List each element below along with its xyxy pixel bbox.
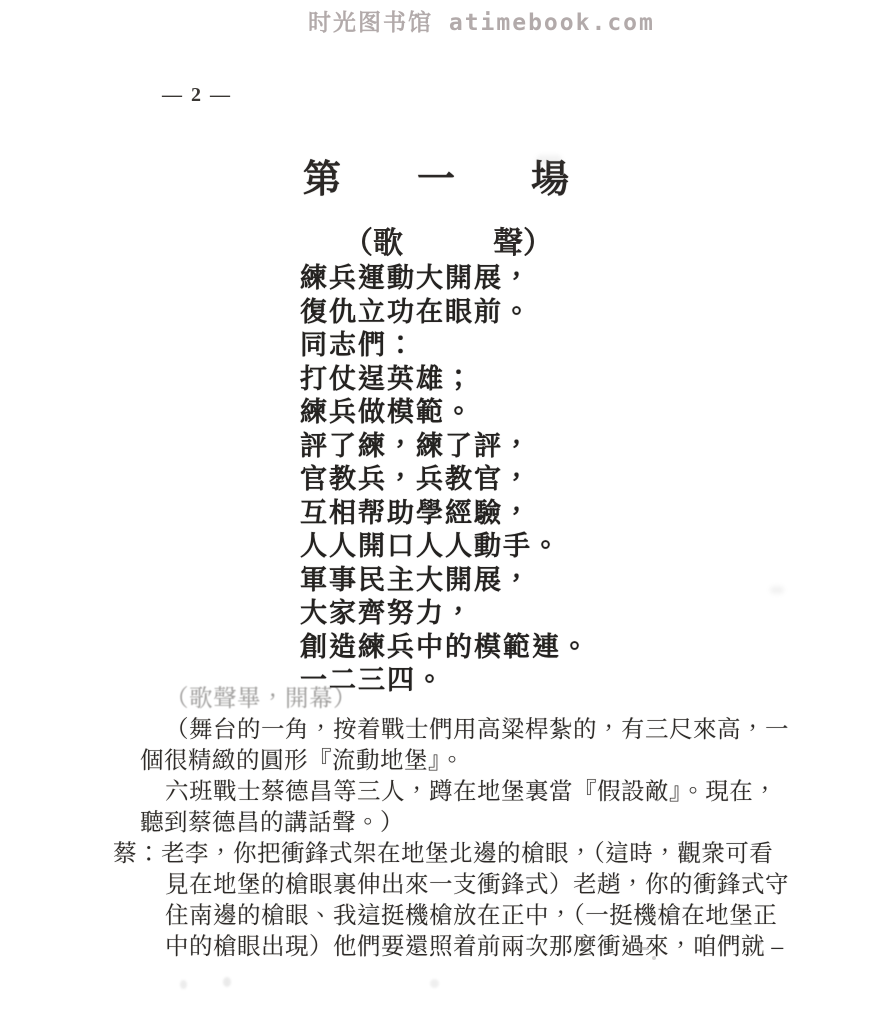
- stage-direction-line: （歌聲畢，開幕）: [0, 684, 870, 715]
- dialog-line: 蔡：老李，你把衝鋒式架在地堡北邊的槍眼，（這時，觀衆可看: [0, 839, 870, 870]
- scan-speck: [757, 940, 762, 945]
- scan-speck: [430, 979, 439, 988]
- dialog-speaker: 蔡：: [113, 841, 161, 867]
- song-line: 練兵做模範。: [300, 396, 590, 430]
- song-line: 評了練，練了評，: [300, 430, 590, 464]
- song-line: 創造練兵中的模範連。: [300, 631, 590, 665]
- dialog-line: 見在地堡的槍眼裏伸出來一支衝鋒式）老趙，你的衝鋒式守: [0, 870, 870, 901]
- scan-speck: [223, 977, 231, 987]
- page-number: — 2 —: [162, 84, 232, 107]
- song-line: 互相帮助學經驗，: [300, 497, 590, 531]
- song-heading: （歌 聲）: [343, 218, 553, 262]
- scan-speck: [636, 947, 649, 950]
- dialog-block: 蔡：老李，你把衝鋒式架在地堡北邊的槍眼，（這時，觀衆可看見在地堡的槍眼裏伸出來一…: [0, 839, 870, 963]
- stage-direction-line: （舞台的一角，按着戰士們用高粱桿紮的，有三尺來高，一: [0, 715, 870, 746]
- scan-speck: [536, 155, 562, 165]
- dialog-line: 住南邊的槍眼、我這挺機槍放在正中，（一挺機槍在地堡正: [0, 901, 870, 932]
- song-block: 練兵運動大開展，復仇立功在眼前。同志們：打仗逞英雄；練兵做模範。評了練，練了評，…: [300, 262, 590, 698]
- stage-direction-line: 聽到蔡德昌的講話聲。）: [0, 808, 870, 839]
- song-line: 軍事民主大開展，: [300, 564, 590, 598]
- dialog-line: 中的槍眼出現）他們要還照着前兩次那麼衝過來，咱們就 –: [0, 932, 870, 963]
- watermark-text: 时光图书馆 atimebook.com: [308, 4, 655, 37]
- stage-directions: （歌聲畢，開幕）（舞台的一角，按着戰士們用高粱桿紮的，有三尺來高，一個很精緻的圓…: [0, 684, 870, 839]
- song-line: 打仗逞英雄；: [300, 363, 590, 397]
- song-line: 練兵運動大開展，: [300, 262, 590, 296]
- scan-speck: [652, 956, 656, 960]
- song-line: 復仇立功在眼前。: [300, 296, 590, 330]
- stage-direction-line: 個很精緻的圓形『流動地堡』。: [0, 746, 870, 777]
- scan-speck: [770, 586, 784, 594]
- song-line: 同志們：: [300, 329, 590, 363]
- song-line: 人人開口人人動手。: [300, 530, 590, 564]
- script-block: （歌聲畢，開幕）（舞台的一角，按着戰士們用高粱桿紮的，有三尺來高，一個很精緻的圓…: [0, 684, 870, 963]
- stage-direction-line: 六班戰士蔡德昌等三人，蹲在地堡裏當『假設敵』。現在，: [0, 777, 870, 808]
- song-line: 官教兵，兵教官，: [300, 463, 590, 497]
- scene-title: 第 一 場: [303, 148, 569, 203]
- song-line: 大家齊努力，: [300, 597, 590, 631]
- scanned-book-page: 时光图书馆 atimebook.com — 2 — 第 一 場 （歌 聲） 練兵…: [0, 0, 870, 1024]
- scan-speck: [180, 980, 187, 989]
